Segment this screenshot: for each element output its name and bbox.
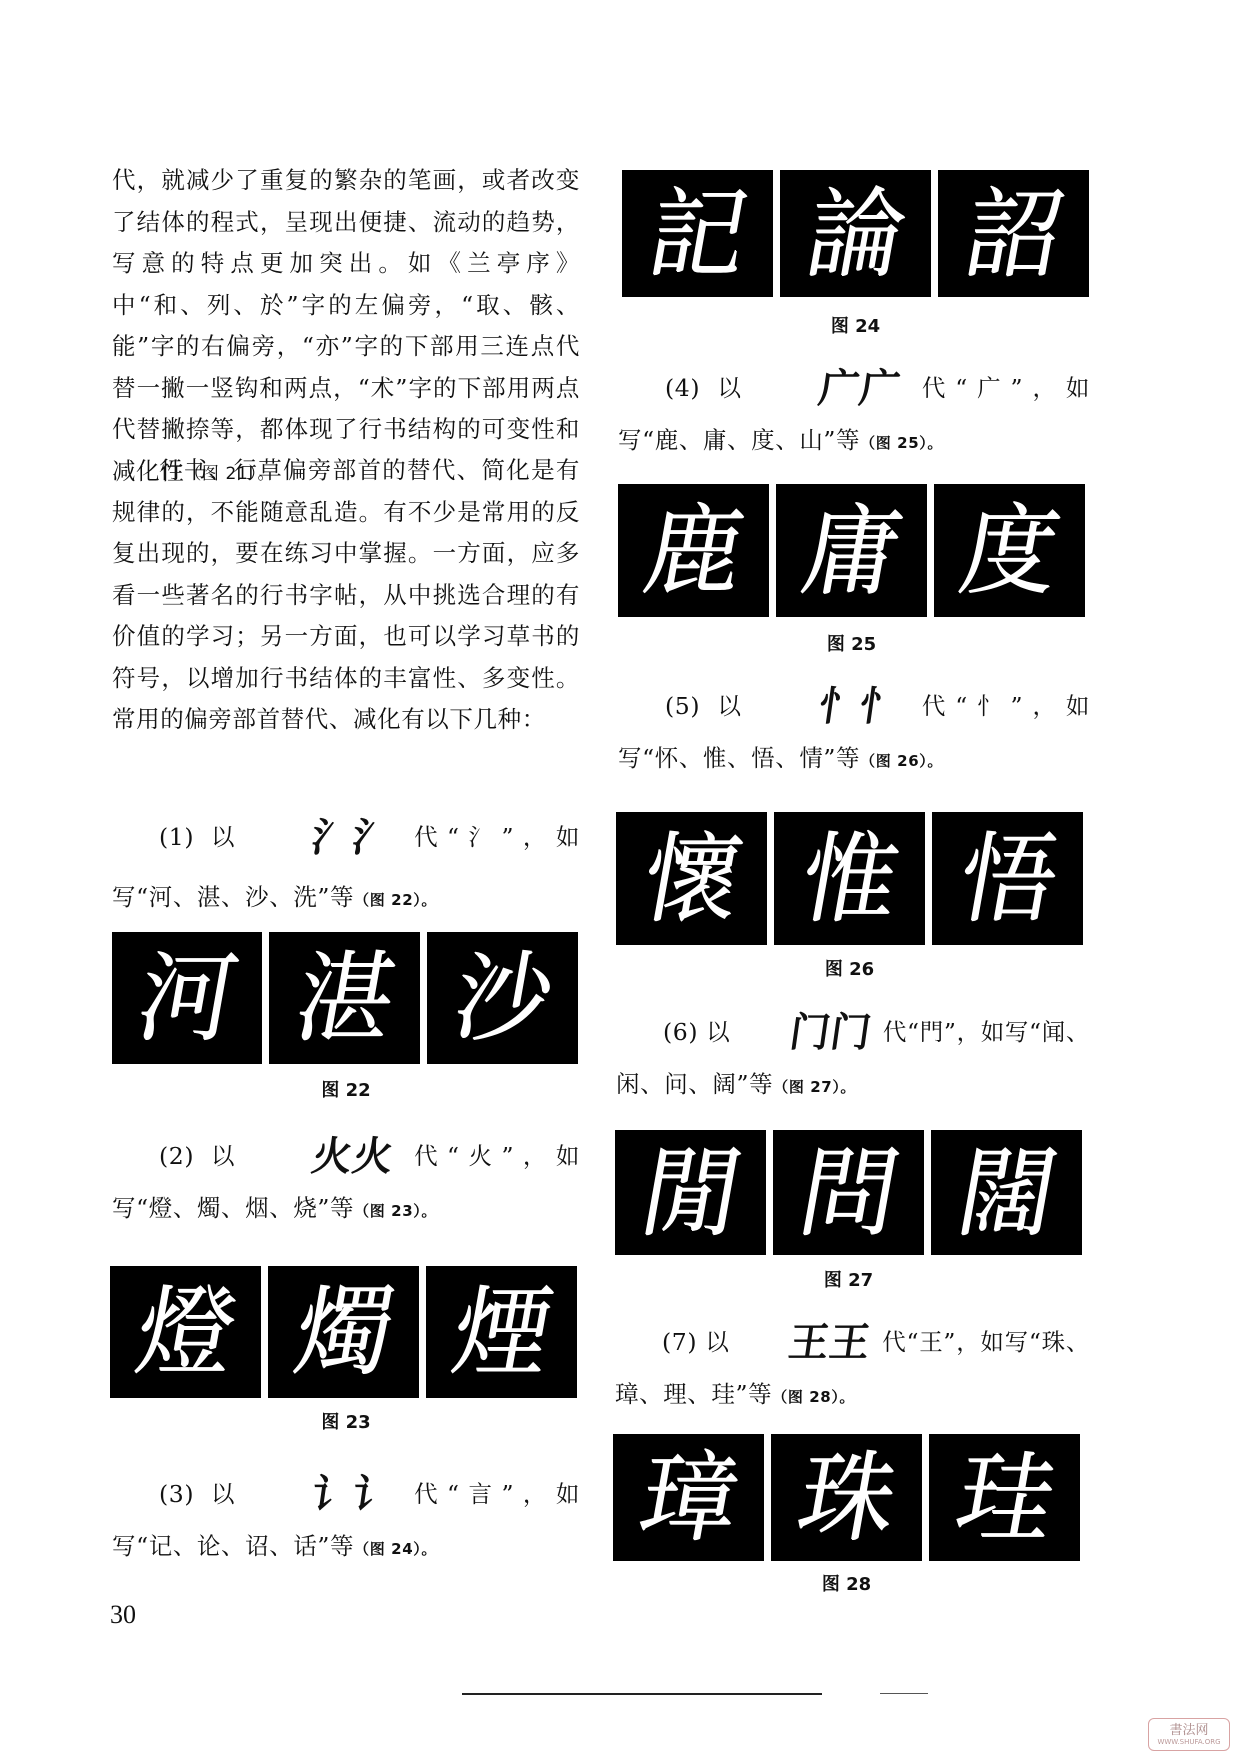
calligraphy-panel: 閒: [615, 1130, 766, 1255]
radical-glyph-fire: 火火: [263, 1142, 395, 1172]
calligraphy-panel: 燭: [268, 1266, 419, 1398]
calligraphy-panel: 沙: [427, 932, 578, 1064]
figure-23: 燈 燭 煙: [110, 1266, 577, 1398]
calligraphy-panel: 詔: [938, 170, 1089, 297]
calligraphy-panel: 鹿: [618, 484, 769, 617]
calligraphy-panel: 記: [622, 170, 773, 297]
figure-28: 璋 珠 珪: [613, 1434, 1080, 1561]
intro-text: 代，就减少了重复的繁杂的笔画，或者改变了结体的程式，呈现出便捷、流动的趋势，写意…: [112, 166, 580, 485]
figure-caption: 图 26: [616, 955, 1083, 981]
figure-ref: （图 27）。: [773, 1078, 856, 1096]
calligraphy-panel: 度: [934, 484, 1085, 617]
item-5: (5) 以 忄忄 代“忄”，如写“怀、惟、悟、情”等（图 26）。: [618, 680, 1090, 787]
figure-26: 懷 惟 悟: [616, 812, 1083, 945]
radical-glyph-water: 氵⺡: [263, 823, 395, 853]
item-3: (3) 以 讠讠 代“言”，如写“记、论、诏、话”等（图 24）。: [112, 1468, 580, 1575]
radical-glyph-gate: 门门: [740, 1018, 872, 1048]
calligraphy-panel: 燈: [110, 1266, 261, 1398]
calligraphy-panel: 珠: [771, 1434, 922, 1561]
figure-caption: 图 23: [112, 1408, 580, 1434]
item-4: (4) 以 广广 代“广”，如写“鹿、庸、度、山”等（图 25）。: [618, 362, 1090, 469]
figure-ref: （图 28）。: [772, 1388, 855, 1406]
figure-27: 閒 問 闊: [615, 1130, 1082, 1255]
figure-ref: （图 22）。: [354, 891, 437, 909]
item-6: (6) 以 门门 代“門”，如写“闻、闲、问、阔”等（图 27）。: [616, 1006, 1090, 1113]
page-number: 30: [110, 1600, 136, 1630]
figure-caption: 图 28: [613, 1570, 1080, 1596]
watermark-url: WWW.SHUFA.ORG: [1157, 1738, 1220, 1747]
figure-caption: 图 25: [618, 630, 1085, 656]
figure-25: 鹿 庸 度: [618, 484, 1085, 617]
figure-ref: （图 25）。: [860, 434, 943, 452]
figure-ref: （图 26）。: [860, 752, 943, 770]
item-7: (7) 以 王王 代“王”，如写“珠、璋、理、珪”等（图 28）。: [615, 1316, 1090, 1423]
calligraphy-panel: 論: [780, 170, 931, 297]
intro-paragraph: 代，就减少了重复的繁杂的笔画，或者改变了结体的程式，呈现出便捷、流动的趋势，写意…: [112, 160, 580, 495]
calligraphy-panel: 懷: [616, 812, 767, 945]
figure-caption: 图 27: [615, 1266, 1082, 1292]
rules-text: 行书、行草偏旁部首的替代、简化是有规律的，不能随意乱造。有不少是常用的反复出现的…: [112, 456, 580, 733]
calligraphy-panel: 湛: [269, 932, 420, 1064]
radical-glyph-speech: 讠讠: [263, 1480, 395, 1510]
book-page: 代，就减少了重复的繁杂的笔画，或者改变了结体的程式，呈现出便捷、流动的趋势，写意…: [0, 0, 1240, 1754]
calligraphy-panel: 闊: [931, 1130, 1082, 1255]
radical-glyph-shelter: 广广: [770, 374, 902, 404]
calligraphy-panel: 璋: [613, 1434, 764, 1561]
watermark-title: 書法网: [1169, 1723, 1208, 1738]
item-2: (2) 以 火火 代“火”，如写“燈、燭、烟、烧”等（图 23）。: [112, 1130, 580, 1237]
calligraphy-panel: 河: [112, 932, 262, 1064]
site-watermark: 書法网 WWW.SHUFA.ORG: [1148, 1718, 1230, 1751]
figure-caption: 图 24: [622, 312, 1089, 338]
calligraphy-panel: 問: [773, 1130, 924, 1255]
footer-rule-dashes: [880, 1693, 928, 1694]
figure-ref: （图 24）。: [354, 1540, 437, 1558]
calligraphy-panel: 煙: [426, 1266, 577, 1398]
item-1: (1) 以 氵⺡ 代“氵”，如写“河、湛、沙、洗”等（图 22）。: [112, 807, 580, 930]
calligraphy-panel: 珪: [929, 1434, 1080, 1561]
calligraphy-panel: 庸: [776, 484, 927, 617]
calligraphy-panel: 惟: [774, 812, 925, 945]
figure-caption: 图 22: [112, 1076, 580, 1102]
rules-paragraph: 行书、行草偏旁部首的替代、简化是有规律的，不能随意乱造。有不少是常用的反复出现的…: [112, 450, 580, 741]
footer-rule: [462, 1693, 822, 1695]
figure-ref: （图 23）。: [354, 1202, 437, 1220]
calligraphy-panel: 悟: [932, 812, 1083, 945]
radical-glyph-jade: 王王: [740, 1328, 872, 1358]
figure-22: 河 湛 沙: [112, 932, 578, 1064]
figure-24: 記 論 詔: [622, 170, 1089, 297]
radical-glyph-heart: 忄忄: [770, 692, 902, 722]
